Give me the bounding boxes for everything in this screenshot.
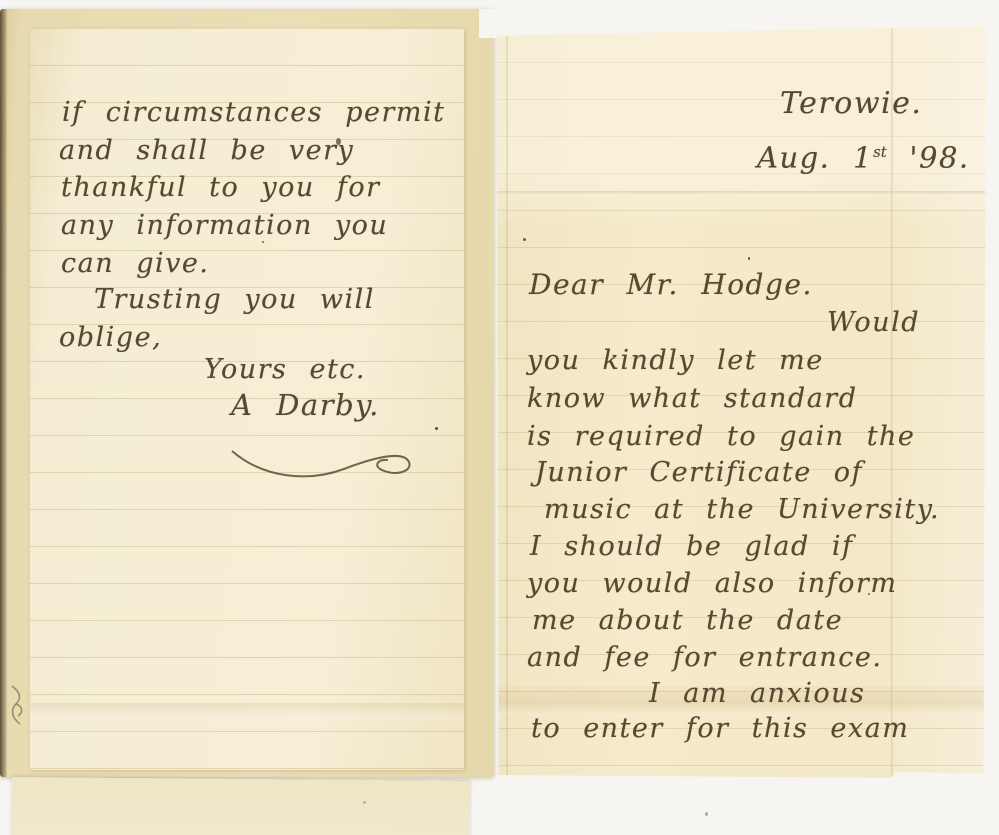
salutation-line: Dear Mr. Hodge. [529, 269, 813, 301]
ink-speck [912, 152, 914, 155]
scanner-background-notch [479, 9, 497, 38]
handwritten-line: thankful to you for [61, 172, 381, 204]
handwritten-line: is required to gain the [527, 421, 915, 453]
ink-speck [748, 257, 750, 260]
handwritten-line: Would [827, 307, 920, 339]
dust-speck [363, 801, 366, 804]
left-page: if circumstances permit and shall be ver… [30, 29, 464, 770]
ink-speck [523, 238, 526, 241]
ink-speck [435, 427, 438, 430]
handwritten-line: you would also inform [527, 568, 897, 600]
handwritten-line: if circumstances permit [62, 97, 445, 129]
closing-line: Yours etc. [204, 354, 366, 386]
handwritten-line: me about the date [532, 605, 843, 637]
scanned-letter: { "document": { "kind": "handwritten let… [0, 0, 999, 835]
dust-speck [705, 812, 708, 816]
right-page-edge-crease [506, 26, 508, 778]
handwritten-line: and shall be very [59, 135, 354, 167]
date-line: Aug. 1st '98. [757, 136, 970, 174]
handwritten-line: I should be glad if [530, 531, 854, 563]
handwritten-line: oblige, [59, 322, 162, 354]
signature-flourish [228, 437, 424, 487]
handwritten-line: to enter for this exam [531, 713, 909, 745]
handwritten-line: any information you [61, 210, 388, 242]
spine-edge [0, 9, 7, 777]
ink-speck [868, 593, 870, 595]
handwritten-line: you kindly let me [527, 345, 824, 377]
signature: A Darby. [231, 389, 380, 421]
handwritten-line: know what standard [527, 383, 858, 415]
date-suffix: '98. [887, 141, 970, 175]
handwritten-line: and fee for entrance. [527, 642, 882, 674]
ink-smudge [336, 138, 341, 145]
bottom-under-sheet [12, 777, 471, 835]
right-page-fold-crease-top [497, 191, 986, 196]
handwritten-line: Junior Certificate of [535, 457, 863, 489]
right-page: Terowie. Aug. 1st '98. Dear Mr. Hodge. W… [497, 26, 986, 778]
date-superscript: st [873, 143, 887, 161]
handwritten-line: can give. [61, 248, 209, 280]
handwritten-line: Trusting you will [94, 284, 375, 316]
right-page-light-band [497, 26, 986, 226]
ink-speck [262, 241, 264, 243]
date-prefix: Aug. 1 [757, 141, 873, 175]
place-line: Terowie. [780, 88, 922, 120]
handwritten-line: I am anxious [649, 678, 865, 710]
left-page-fold-crease [30, 703, 464, 719]
handwritten-line: music at the University. [544, 494, 940, 526]
